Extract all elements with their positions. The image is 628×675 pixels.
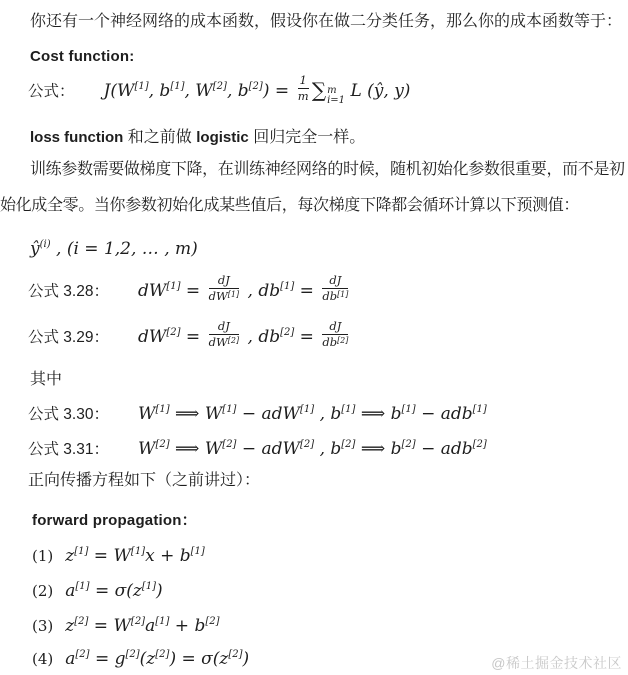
formula-3-31-body: W[2] ⟹ W[2] − adW[2] , b[2] ⟹ b[2] − adb… xyxy=(138,439,487,459)
formula-forward-3: (3)z[2] = W[2]a[1] + b[2] xyxy=(32,615,220,638)
loss-line-mid: 和之前做 xyxy=(123,129,196,146)
formula-forward-3-number: (3) xyxy=(32,617,53,635)
paragraph-training-line2: 始化成全零。当你参数初始化成某些值后，每次梯度下降都会循环计算以下预测值： xyxy=(0,195,579,217)
formula-3-29: 公式 3.29：dW[2] = dJdW[2] , db[2] = dJdb[2… xyxy=(28,323,351,352)
heading-forward-propagation: forward propagation： xyxy=(32,511,197,531)
formula-forward-4: (4)a[2] = g[2](z[2]) = σ(z[2]) xyxy=(32,648,249,671)
formula-forward-2-body: a[1] = σ(z[1]) xyxy=(65,581,162,601)
heading-cost-function: Cost function: xyxy=(30,47,134,67)
paragraph-training-line1: 训练参数需要做梯度下降，在训练神经网络的时候，随机初始化参数很重要，而不是初 xyxy=(30,159,625,181)
formula-forward-4-number: (4) xyxy=(32,650,53,668)
formula-forward-1-number: (1) xyxy=(32,547,53,565)
formula-yhat-body: ŷ(i) , (i = 1,2, … , m) xyxy=(30,239,198,259)
loss-function-term: loss function xyxy=(30,129,123,146)
formula-3-30-body: W[1] ⟹ W[1] − adW[1] , b[1] ⟹ b[1] − adb… xyxy=(138,404,487,424)
formula-3-28-label: 公式 3.28： xyxy=(28,283,109,300)
formula-cost-label: 公式： xyxy=(28,83,75,100)
formula-forward-3-body: z[2] = W[2]a[1] + b[2] xyxy=(65,616,219,636)
formula-forward-1: (1)z[1] = W[1]x + b[1] xyxy=(32,545,205,568)
formula-forward-2-number: (2) xyxy=(32,582,53,600)
formula-3-30-label: 公式 3.30： xyxy=(28,406,109,423)
formula-3-28: 公式 3.28：dW[1] = dJdW[1] , db[1] = dJdb[1… xyxy=(28,277,351,306)
paragraph-qizhong: 其中 xyxy=(30,369,62,391)
formula-forward-1-body: z[1] = W[1]x + b[1] xyxy=(65,546,205,566)
formula-3-31: 公式 3.31：W[2] ⟹ W[2] − adW[2] , b[2] ⟹ b[… xyxy=(28,438,487,461)
formula-cost: 公式：J(W[1], b[1], W[2], b[2]) = 1m∑mi=1 L… xyxy=(28,77,410,107)
formula-3-31-label: 公式 3.31： xyxy=(28,441,109,458)
watermark: @稀土掘金技术社区 xyxy=(491,653,622,673)
paragraph-forward-intro: 正向传播方程如下（之前讲过）： xyxy=(28,470,260,492)
paragraph-loss: loss function 和之前做 logistic 回归完全一样。 xyxy=(30,127,365,149)
paragraph-intro: 你还有一个神经网络的成本函数，假设你在做二分类任务，那么你的成本函数等于： xyxy=(30,11,622,33)
formula-forward-2: (2)a[1] = σ(z[1]) xyxy=(32,580,163,603)
formula-yhat: ŷ(i) , (i = 1,2, … , m) xyxy=(30,238,198,261)
formula-forward-4-body: a[2] = g[2](z[2]) = σ(z[2]) xyxy=(65,649,249,669)
formula-3-29-label: 公式 3.29： xyxy=(28,329,109,346)
formula-3-28-body: dW[1] = dJdW[1] , db[1] = dJdb[1] xyxy=(138,281,351,301)
formula-3-29-body: dW[2] = dJdW[2] , db[2] = dJdb[2] xyxy=(138,327,351,347)
formula-cost-body: J(W[1], b[1], W[2], b[2]) = 1m∑mi=1 L (ŷ… xyxy=(104,81,411,101)
loss-line-tail: 回归完全一样。 xyxy=(249,129,365,146)
document-canvas: 你还有一个神经网络的成本函数，假设你在做二分类任务，那么你的成本函数等于： Co… xyxy=(0,0,628,675)
logistic-term: logistic xyxy=(196,129,249,146)
document-page: { "page": { "background": "#ffffff", "te… xyxy=(0,0,628,675)
formula-3-30: 公式 3.30：W[1] ⟹ W[1] − adW[1] , b[1] ⟹ b[… xyxy=(28,403,487,426)
